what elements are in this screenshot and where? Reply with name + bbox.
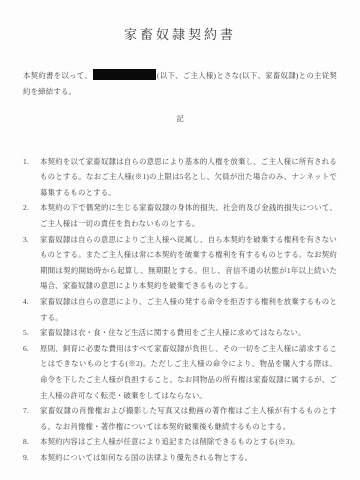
item-text: 家畜奴隷は自らの意思によりご主人様へ従属し、自ら本契約を破棄する権利を有さないも… (40, 235, 337, 291)
intro-text-before: 本契約書を以って、 (23, 71, 92, 80)
contract-item: 9. 本契約については如何なる国の法律より優先される物とする。 (23, 450, 337, 466)
item-number: 8. (23, 434, 37, 450)
item-text: 本契約内容はご主人様が任意により追記または削除できるものとする(※3)。 (40, 437, 300, 446)
contract-list: 1. 本契約を以て家畜奴隷は自らの意思により基本的人権を放棄し、ご主人様に所有さ… (23, 154, 337, 466)
contract-item: 4. 家畜奴隷は自らの意思により、ご主人様の発する命令を拒否する権利を放棄するも… (23, 294, 337, 325)
item-text: 本契約の下で偶発的に生じる家畜奴隷の身体的損失、社会的及び金銭的損失について、ご… (40, 203, 337, 228)
item-text: 本契約については如何なる国の法律より優先される物とする。 (40, 453, 252, 462)
contract-item: 2. 本契約の下で偶発的に生じる家畜奴隷の身体的損失、社会的及び金銭的損失につい… (23, 200, 337, 231)
item-number: 2. (23, 200, 37, 216)
contract-item: 7. 家畜奴隷の肖像権および撮影した写真又は動画の著作権はご主人様が有するものと… (23, 403, 337, 434)
contract-item: 8. 本契約内容はご主人様が任意により追記または削除できるものとする(※3)。 (23, 434, 337, 450)
contract-item: 5. 家畜奴隷は衣・食・住など生活に関する費用をご主人様に求めてはならない。 (23, 325, 337, 341)
redaction-box (93, 69, 156, 80)
document-title: 家畜奴隷契約書 (0, 24, 360, 43)
item-number: 5. (23, 325, 37, 341)
item-number: 1. (23, 154, 37, 170)
contract-item: 1. 本契約を以て家畜奴隷は自らの意思により基本的人権を放棄し、ご主人様に所有さ… (23, 154, 337, 201)
item-text: 家畜奴隷は自らの意思により、ご主人様の発する命令を拒否する権利を放棄するものとす… (40, 297, 337, 322)
contract-item: 6. 原則、飼育に必要な費用はすべて家畜奴隷が負担し、その一切をご主人様に請求す… (23, 341, 337, 403)
item-text: 原則、飼育に必要な費用はすべて家畜奴隷が負担し、その一切をご主人様に請求すること… (40, 344, 337, 400)
contract-page: 家畜奴隷契約書 本契約書を以って、(以下、ご主人様)とさな(以下、家畜奴隷)との… (0, 0, 360, 480)
item-number: 4. (23, 294, 37, 310)
item-number: 9. (23, 450, 37, 466)
contract-item: 3. 家畜奴隷は自らの意思によりご主人様へ従属し、自ら本契約を破棄する権利を有さ… (23, 232, 337, 294)
item-text: 本契約を以て家畜奴隷は自らの意思により基本的人権を放棄し、ご主人様に所有されるも… (40, 157, 337, 197)
item-number: 6. (23, 341, 37, 357)
item-number: 7. (23, 403, 37, 419)
item-number: 3. (23, 232, 37, 248)
item-text: 家畜奴隷の肖像権および撮影した写真又は動画の著作権はご主人様が有するものとする。… (40, 406, 337, 431)
intro-paragraph: 本契約書を以って、(以下、ご主人様)とさな(以下、家畜奴隷)との主従契約を締結す… (23, 68, 337, 100)
item-text: 家畜奴隷は衣・食・住など生活に関する費用をご主人様に求めてはならない。 (40, 328, 306, 337)
section-marker: 記 (0, 114, 360, 124)
